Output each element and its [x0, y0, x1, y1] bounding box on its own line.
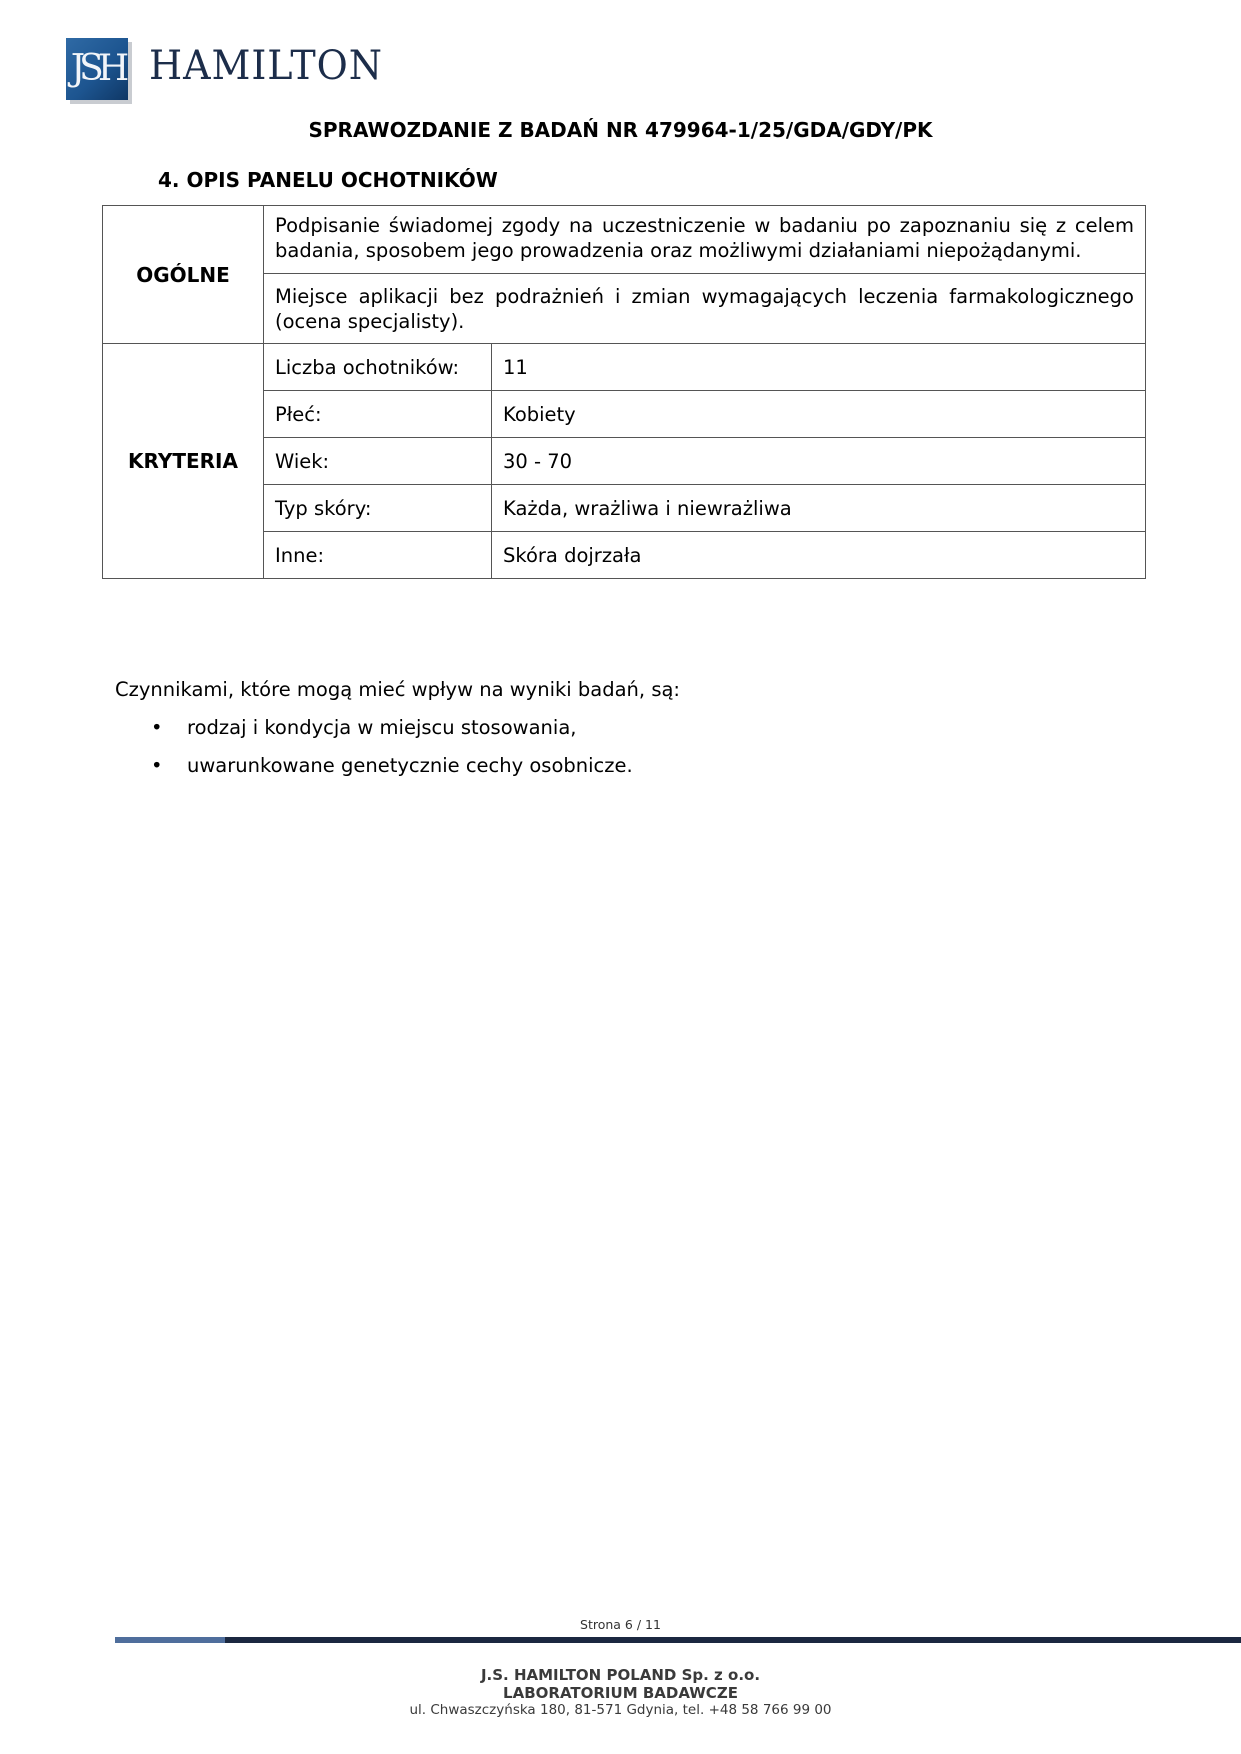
volunteer-panel-table: OGÓLNE Podpisanie świadomej zgody na ucz…: [102, 205, 1146, 579]
criteria-key: Płeć:: [264, 391, 492, 438]
criteria-label: KRYTERIA: [103, 344, 264, 579]
criteria-key: Inne:: [264, 532, 492, 579]
criteria-value: Skóra dojrzała: [492, 532, 1146, 579]
criteria-key: Wiek:: [264, 438, 492, 485]
company-logo-mark: JSH: [66, 38, 128, 100]
report-title: SPRAWOZDANIE Z BADAŃ NR 479964-1/25/GDA/…: [0, 118, 1241, 142]
general-label: OGÓLNE: [103, 206, 264, 344]
bullet-icon: •: [151, 716, 163, 739]
footer-company: J.S. HAMILTON POLAND Sp. z o.o.: [0, 1666, 1241, 1684]
logo-monogram: JSH: [66, 47, 128, 91]
table-row: KRYTERIA Liczba ochotników: 11: [103, 344, 1146, 391]
general-requirement: Podpisanie świadomej zgody na uczestnicz…: [264, 206, 1146, 274]
criteria-key: Liczba ochotników:: [264, 344, 492, 391]
criteria-value: 30 - 70: [492, 438, 1146, 485]
section-heading: 4. OPIS PANELU OCHOTNIKÓW: [158, 168, 498, 192]
general-requirement: Miejsce aplikacji bez podrażnień i zmian…: [264, 274, 1146, 344]
criteria-value: Każda, wrażliwa i niewrażliwa: [492, 485, 1146, 532]
factors-intro: Czynnikami, które mogą mieć wpływ na wyn…: [115, 678, 680, 701]
company-logo-text: HAMILTON: [149, 44, 383, 88]
table-row: OGÓLNE Podpisanie świadomej zgody na ucz…: [103, 206, 1146, 274]
criteria-key: Typ skóry:: [264, 485, 492, 532]
footer-divider-accent: [115, 1637, 225, 1643]
criteria-value: Kobiety: [492, 391, 1146, 438]
list-item-text: uwarunkowane genetycznie cechy osobnicze…: [187, 754, 633, 777]
footer-divider: [225, 1637, 1241, 1643]
page-indicator: Strona 6 / 11: [0, 1617, 1241, 1632]
footer-address: ul. Chwaszczyńska 180, 81-571 Gdynia, te…: [0, 1702, 1241, 1718]
criteria-value: 11: [492, 344, 1146, 391]
footer-lab: LABORATORIUM BADAWCZE: [0, 1684, 1241, 1702]
bullet-icon: •: [151, 754, 163, 777]
list-item-text: rodzaj i kondycja w miejscu stosowania,: [187, 716, 576, 739]
